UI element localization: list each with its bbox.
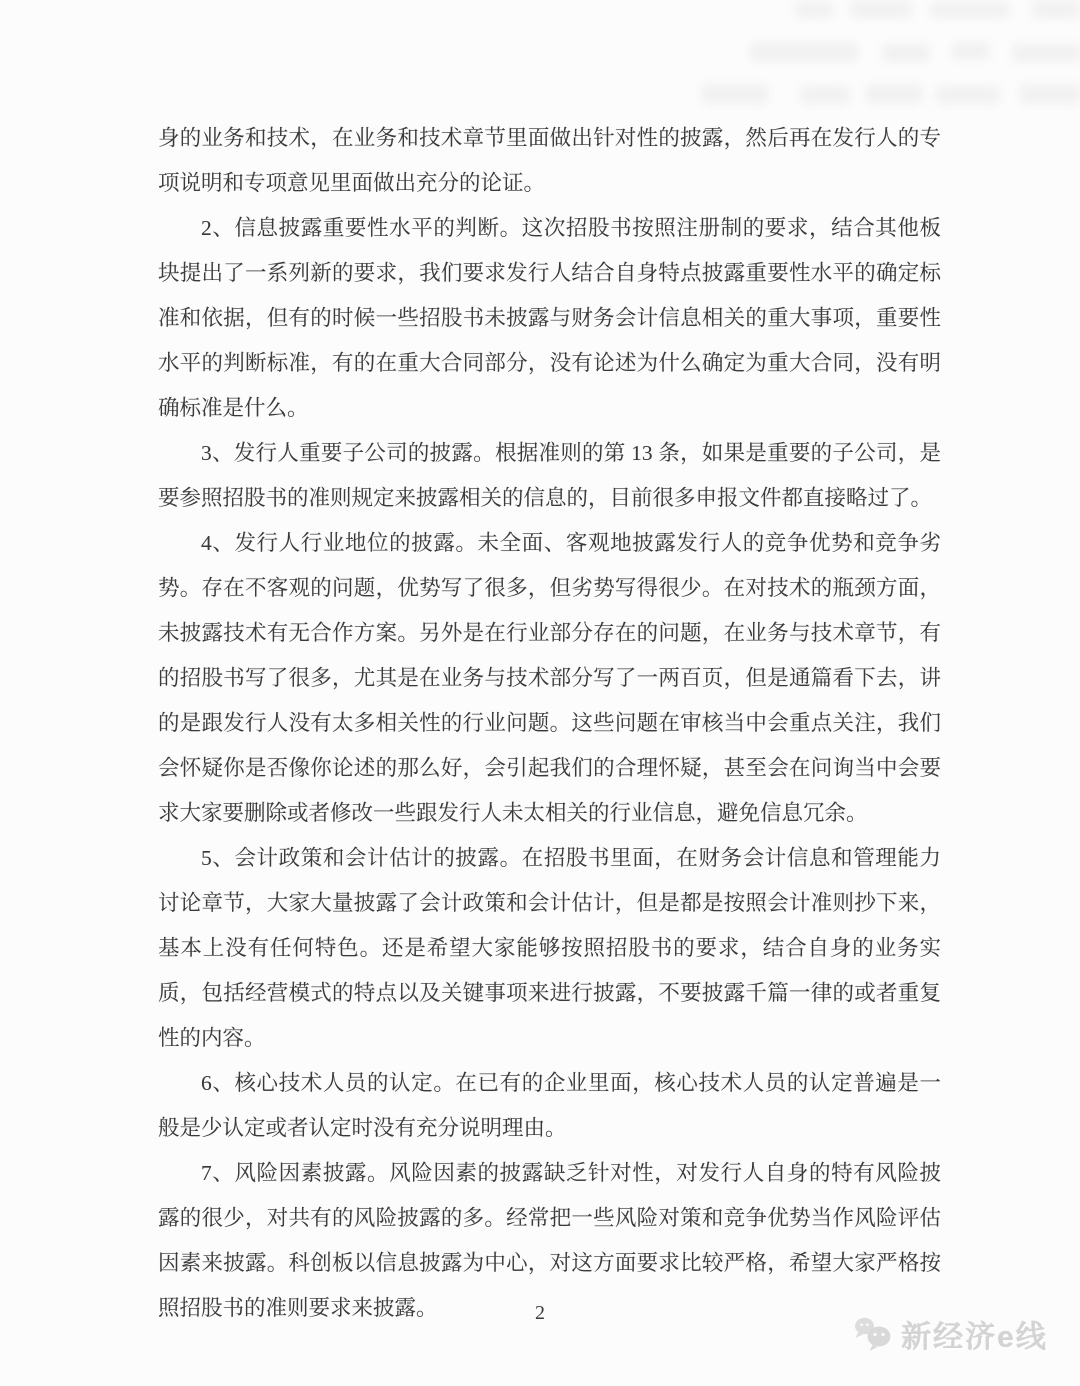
scan-artifact (800, 86, 850, 104)
publisher-watermark: 新经济e线 (852, 1312, 1048, 1356)
scan-artifact (1032, 0, 1080, 18)
scan-artifact (930, 2, 1010, 18)
scan-artifact (952, 42, 990, 60)
wechat-bubbles-icon (852, 1316, 894, 1352)
document-page: 身的业务和技术，在业务和技术章节里面做出针对性的披露，然后再在发行人的专项说明和… (0, 0, 1080, 1386)
paragraph-continuation: 身的业务和技术，在业务和技术章节里面做出针对性的披露，然后再在发行人的专项说明和… (158, 116, 941, 206)
watermark-label: 新经济e线 (901, 1312, 1048, 1356)
scan-artifact (866, 84, 922, 104)
scan-artifact (1012, 44, 1080, 62)
scan-artifact (850, 0, 912, 18)
page-content: 身的业务和技术，在业务和技术章节里面做出针对性的披露，然后再在发行人的专项说明和… (158, 116, 941, 1331)
paragraph-item-4: 4、发行人行业地位的披露。未全面、客观地披露发行人的竞争优势和竞争劣势。存在不客… (158, 521, 941, 836)
scan-artifact (702, 84, 768, 104)
scan-artifact (750, 42, 858, 62)
scan-artifact (1020, 84, 1080, 104)
paragraph-item-2: 2、信息披露重要性水平的判断。这次招股书按照注册制的要求，结合其他板块提出了一系… (158, 206, 941, 431)
paragraph-item-3: 3、发行人重要子公司的披露。根据准则的第 13 条，如果是重要的子公司，是要参照… (158, 431, 941, 521)
scan-artifact (882, 44, 930, 62)
scan-artifact (795, 2, 833, 18)
paragraph-item-6: 6、核心技术人员的认定。在已有的企业里面，核心技术人员的认定普遍是一般是少认定或… (158, 1061, 941, 1151)
paragraph-item-5: 5、会计政策和会计估计的披露。在招股书里面，在财务会计信息和管理能力讨论章节，大… (158, 836, 941, 1061)
scan-artifact (936, 86, 1000, 104)
